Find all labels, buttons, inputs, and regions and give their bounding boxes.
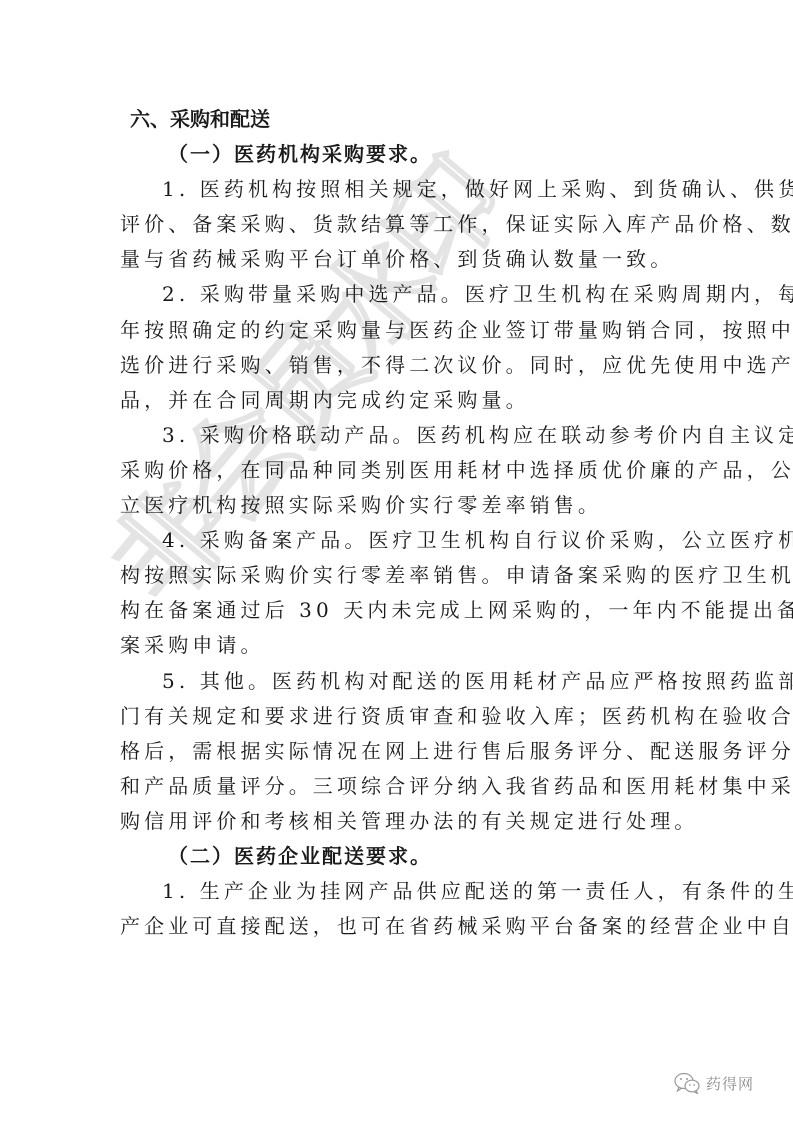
paragraph-line: 采购价格，在同品种同类别医用耗材中选择质优价廉的产品，公 (120, 453, 676, 488)
paragraph-line: 和产品质量评分。三项综合评分纳入我省药品和医用耗材集中采 (120, 769, 676, 804)
paragraph-line: 4. 采购备案产品。医疗卫生机构自行议价采购，公立医疗机 (120, 523, 676, 558)
paragraph-line: 产企业可直接配送，也可在省药械采购平台备案的经营企业中自 (120, 909, 676, 944)
paragraph-line: 量与省药械采购平台订单价格、到货确认数量一致。 (120, 242, 676, 277)
paragraph-line: 3. 采购价格联动产品。医药机构应在联动参考价内自主议定 (120, 418, 676, 453)
paragraph-line: 5. 其他。医药机构对配送的医用耗材产品应严格按照药监部 (120, 664, 676, 699)
paragraph-line: 1. 生产企业为挂网产品供应配送的第一责任人，有条件的生 (120, 874, 676, 909)
paragraph-line: 2. 采购带量采购中选产品。医疗卫生机构在采购周期内，每 (120, 277, 676, 312)
paragraph-1-2: 2. 采购带量采购中选产品。医疗卫生机构在采购周期内，每 年按照确定的约定采购量… (120, 277, 676, 417)
paragraph-line: 门有关规定和要求进行资质审查和验收入库；医药机构在验收合 (120, 699, 676, 734)
document-page: 六、采购和配送 （一）医药机构采购要求。 1. 医药机构按照相关规定，做好网上采… (120, 102, 676, 944)
section-heading: 六、采购和配送 (120, 102, 676, 137)
paragraph-1-1: 1. 医药机构按照相关规定，做好网上采购、到货确认、供货 评价、备案采购、货款结… (120, 172, 676, 277)
paragraph-line: 立医疗机构按照实际采购价实行零差率销售。 (120, 488, 676, 523)
footer-logo: 药得网 (674, 1072, 754, 1094)
subsection-title-2: （二）医药企业配送要求。 (120, 839, 676, 874)
paragraph-line: 构在备案通过后 30 天内未完成上网采购的，一年内不能提出备 (120, 593, 676, 628)
wechat-icon (674, 1072, 700, 1094)
paragraph-line: 选价进行采购、销售，不得二次议价。同时，应优先使用中选产 (120, 348, 676, 383)
paragraph-line: 评价、备案采购、货款结算等工作，保证实际入库产品价格、数 (120, 207, 676, 242)
paragraph-line: 构按照实际采购价实行零差率销售。申请备案采购的医疗卫生机 (120, 558, 676, 593)
subsection-title-1: （一）医药机构采购要求。 (120, 137, 676, 172)
paragraph-1-4: 4. 采购备案产品。医疗卫生机构自行议价采购，公立医疗机 构按照实际采购价实行零… (120, 523, 676, 663)
paragraph-1-5: 5. 其他。医药机构对配送的医用耗材产品应严格按照药监部 门有关规定和要求进行资… (120, 664, 676, 839)
paragraph-line: 购信用评价和考核相关管理办法的有关规定进行处理。 (120, 804, 676, 839)
paragraph-1-3: 3. 采购价格联动产品。医药机构应在联动参考价内自主议定 采购价格，在同品种同类… (120, 418, 676, 523)
paragraph-line: 1. 医药机构按照相关规定，做好网上采购、到货确认、供货 (120, 172, 676, 207)
paragraph-line: 案采购申请。 (120, 628, 676, 663)
logo-text: 药得网 (706, 1073, 754, 1094)
paragraph-line: 格后，需根据实际情况在网上进行售后服务评分、配送服务评分 (120, 734, 676, 769)
paragraph-line: 年按照确定的约定采购量与医药企业签订带量购销合同，按照中 (120, 313, 676, 348)
paragraph-2-1: 1. 生产企业为挂网产品供应配送的第一责任人，有条件的生 产企业可直接配送，也可… (120, 874, 676, 944)
paragraph-line: 品，并在合同周期内完成约定采购量。 (120, 383, 676, 418)
